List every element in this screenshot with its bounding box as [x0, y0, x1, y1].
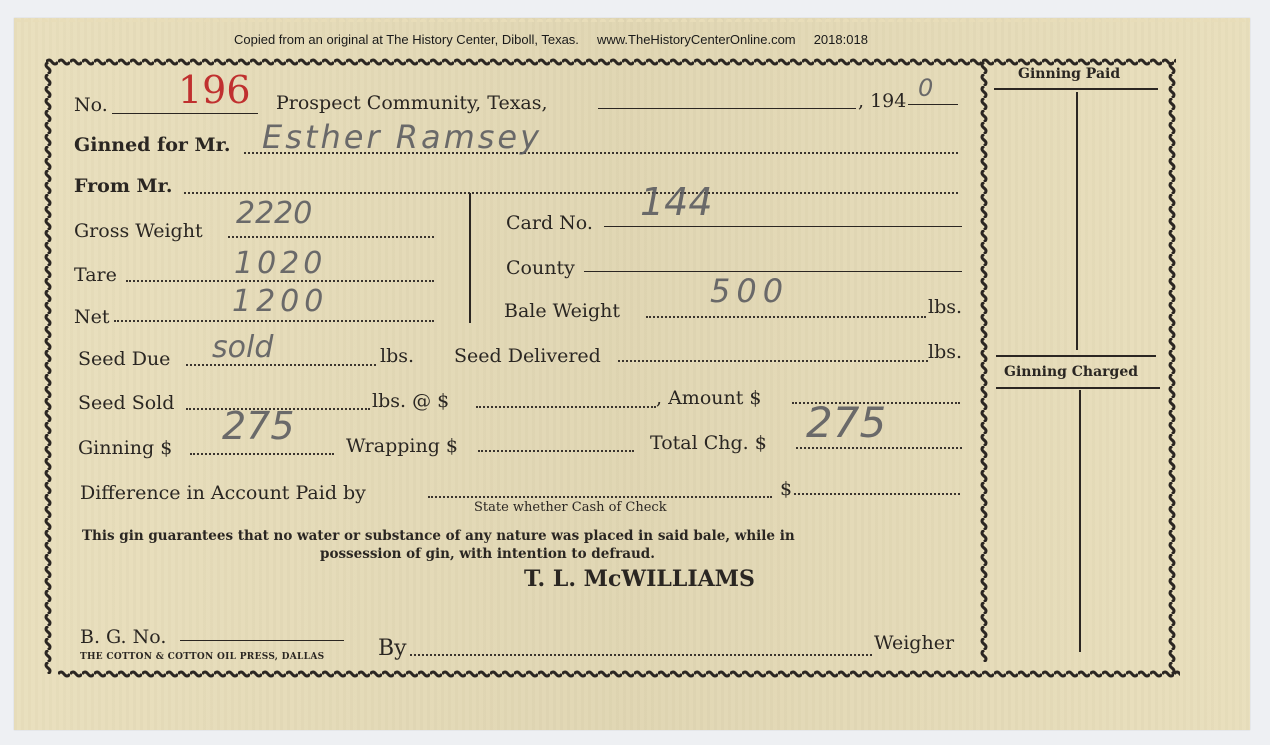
wrapping-label: Wrapping $	[346, 435, 458, 457]
difference-dollar: $	[780, 478, 792, 500]
net-label: Net	[74, 306, 110, 328]
bale-weight-value: 500	[710, 272, 789, 310]
tare-value: 1020	[234, 246, 326, 281]
difference-label: Difference in Account Paid by	[80, 482, 366, 504]
no-line	[112, 113, 258, 114]
seed-delivered-line	[618, 360, 928, 362]
ginning-label: Ginning $	[78, 437, 172, 459]
location-text: Prospect Community, Texas,	[276, 92, 548, 114]
card-no-line	[604, 226, 962, 227]
column-separator	[469, 193, 471, 323]
amount-label: , Amount $	[656, 387, 762, 409]
year-value: 0	[918, 74, 933, 102]
net-value: 1200	[232, 284, 328, 319]
seed-sold-price-label: lbs. @ $	[372, 390, 449, 412]
gross-weight-line	[228, 236, 434, 238]
weigher-label: Weigher	[874, 632, 954, 654]
from-line	[184, 192, 958, 194]
year-line	[908, 104, 958, 105]
ginning-charged-rule	[996, 387, 1160, 389]
ginning-value: 275	[222, 404, 295, 448]
net-line	[114, 320, 434, 322]
no-label: No.	[74, 94, 108, 116]
gross-weight-value: 2220	[236, 196, 312, 231]
bale-weight-label: Bale Weight	[504, 300, 620, 322]
bg-no-label: B. G. No.	[80, 626, 166, 648]
year-prefix: , 194	[858, 90, 906, 112]
guarantee-line-1: This gin guarantees that no water or sub…	[82, 528, 795, 544]
card-no-label: Card No.	[506, 212, 593, 234]
difference-amount-line	[794, 493, 960, 495]
ticket-form: No. 196 Prospect Community, Texas, , 194…	[0, 0, 1270, 745]
guarantee-line-2: possession of gin, with intention to def…	[320, 546, 655, 562]
total-chg-line	[796, 447, 962, 449]
ticket-number: 196	[178, 68, 251, 112]
ginned-for-label: Ginned for Mr.	[74, 134, 230, 156]
printer-credit: THE COTTON & COTTON OIL PRESS, DALLAS	[80, 652, 324, 662]
ginning-paid-column-rule	[1076, 92, 1078, 350]
difference-line	[428, 496, 772, 498]
date-line	[598, 108, 856, 109]
ginning-paid-rule	[994, 88, 1158, 90]
ginning-charged-top-rule	[996, 355, 1156, 357]
total-chg-value: 275	[806, 398, 886, 447]
ginning-line	[190, 453, 334, 455]
ginning-charged-column-rule	[1079, 390, 1081, 652]
bale-weight-unit: lbs.	[928, 296, 962, 318]
owner-name: T. L. McWILLIAMS	[524, 566, 755, 592]
by-label: By	[378, 636, 407, 661]
ginning-paid-label: Ginning Paid	[1018, 66, 1120, 82]
seed-due-label: Seed Due	[78, 348, 170, 370]
card-no-value: 144	[640, 180, 713, 224]
seed-sold-label: Seed Sold	[78, 392, 174, 414]
seed-price-line	[476, 406, 656, 408]
bg-no-line	[180, 640, 344, 641]
seed-delivered-unit: lbs.	[928, 341, 962, 363]
seed-due-unit: lbs.	[380, 345, 414, 367]
total-chg-label: Total Chg. $	[650, 432, 767, 454]
seed-due-value: sold	[212, 330, 273, 365]
gross-weight-label: Gross Weight	[74, 220, 203, 242]
cash-check-note: State whether Cash of Check	[474, 500, 667, 515]
from-label: From Mr.	[74, 175, 172, 197]
wrapping-line	[478, 450, 634, 452]
bale-weight-line	[646, 316, 926, 318]
by-line	[410, 654, 872, 656]
ginned-for-value: Esther Ramsey	[262, 118, 542, 156]
seed-delivered-label: Seed Delivered	[454, 345, 601, 367]
county-label: County	[506, 257, 575, 279]
ginning-charged-label: Ginning Charged	[1004, 364, 1138, 380]
tare-label: Tare	[74, 264, 117, 286]
